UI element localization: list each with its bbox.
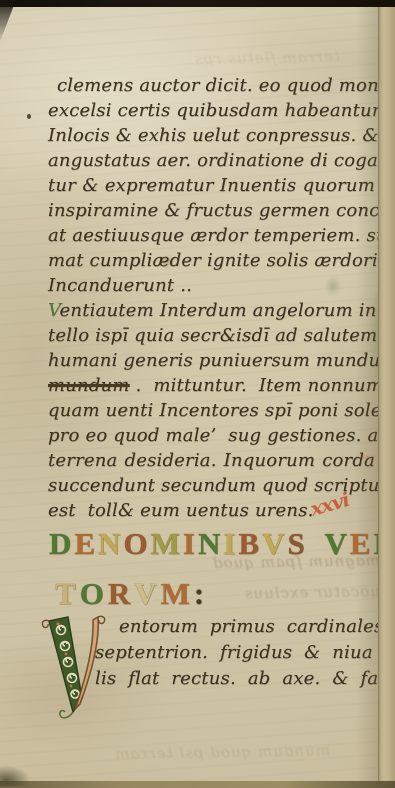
text-line: septentrion. frigidus & niua [95, 640, 380, 666]
text-line: tur & exprematur Inuentis quorum [48, 173, 375, 198]
struck-word: mundum [48, 375, 130, 396]
rubric-letter: I [183, 526, 198, 562]
rubric-letter: R [108, 576, 134, 612]
text-line: at aestiuusque ærdor temperiem. su [48, 223, 375, 248]
rubric-letter: O [80, 576, 108, 612]
text-segment: humani generis puniuersum mundum [48, 350, 395, 371]
text-line: mat cumpliæder ignite solis ærdoribus [48, 248, 375, 273]
text-segment: Incanduerunt .. [48, 275, 192, 296]
text-segment: tur & exprematur Inuentis quorum [48, 175, 375, 196]
main-text-block: clemens auctor dicit. eo quod montesexce… [48, 73, 375, 523]
rubric-letter: N [98, 526, 123, 562]
text-line: Incanduerunt .. [48, 273, 375, 298]
text-line: Ventiautem Interdum angelorum in [48, 298, 375, 323]
paragraph-1: clemens auctor dicit. eo quod montesexce… [48, 73, 375, 298]
page-bottomleft-corner [0, 766, 30, 786]
text-segment: clemens auctor dicit. eo quod montes [57, 75, 395, 96]
showthrough-text: mundum quod psl terram [30, 741, 330, 764]
page-fold-shadow [355, 0, 378, 788]
text-line: quam uenti Incentores spī poni solem [48, 398, 375, 423]
text-segment: . mittuntur. Item nonnum [130, 375, 383, 396]
rubric-letter: E [74, 526, 98, 562]
text-line: inspiramine & fructus germen concipi [48, 198, 375, 223]
text-segment: entiautem Interdum angelorum in [60, 300, 377, 321]
rubric-letter: T [55, 576, 80, 612]
text-line: terrena desideria. Inquorum corda [48, 448, 375, 473]
text-line: pro eo quod male’ sug gestiones. ad [48, 423, 375, 448]
text-segment: inspiramine & fructus germen concipi [48, 200, 395, 221]
text-line: mundum . mittuntur. Item nonnum [48, 373, 375, 398]
rubric-letter: D [49, 526, 74, 562]
text-line: excelsi certis quibusdam habeantur [48, 98, 375, 123]
text-segment: excelsi certis quibusdam habeantur [48, 100, 381, 121]
text-segment: Inlocis & exhis uelut conpressus. & co [48, 125, 395, 146]
text-line: lis flat rectus. ab axe. & faci [95, 666, 380, 692]
rubric-letter: O [123, 526, 150, 562]
manuscript-page: magnum ſpam quod uocatur excluus mundum … [0, 0, 395, 788]
rubric-letter: V [324, 526, 349, 562]
text-line: tello ispī quia secr&isdī ad salutem [48, 323, 375, 348]
page-right-edge [378, 0, 395, 788]
text-segment: septentrion. frigidus & niua [95, 642, 373, 663]
rubric-letter: M [161, 576, 194, 612]
text-segment: lis flat rectus. ab axe. & faci [95, 668, 395, 689]
text-line: humani generis puniuersum mundum [48, 348, 375, 373]
rubric-letter: : [194, 576, 208, 612]
text-segment: at aestiuusque ærdor temperiem. su [48, 225, 388, 246]
page-bottom-edge [0, 781, 395, 788]
text-segment: quam uenti Incentores spī poni solem [48, 400, 395, 421]
rubric-letter: I [223, 526, 238, 562]
text-line: angustatus aer. ordinatione di coga [48, 148, 375, 173]
rubric-letter: V [134, 576, 160, 612]
initial-topleft-curl [42, 620, 49, 627]
paragraph-2: Ventiautem Interdum angelorum intello is… [48, 298, 375, 523]
rubric-letter: N [198, 526, 223, 562]
text-segment: mat cumpliæder ignite solis ærdoribus [48, 250, 395, 271]
text-segment: pro eo quod male’ sug gestiones. ad [48, 425, 390, 446]
text-segment: tello ispī quia secr&isdī ad salutem [48, 325, 377, 346]
rubric-letter: V [262, 526, 287, 562]
text-line: entorum primus cardinales [95, 614, 380, 640]
text-segment: angustatus aer. ordinatione di coga [48, 150, 378, 171]
rubric-heading-line2: TORVM: [55, 576, 208, 612]
initial-tail-curl [60, 711, 73, 718]
ink-speck [27, 114, 31, 119]
rubric-letter: S [287, 526, 307, 562]
rubric-heading-line1: DENOMINIBVS VEN [49, 526, 375, 562]
showthrough-text: terram flatus rps [60, 48, 340, 71]
page-top-edge [0, 0, 395, 7]
rubric-letter [308, 526, 325, 562]
text-segment: terrena desideria. Inquorum corda [48, 450, 375, 471]
text-segment: est toll& eum uentus urens. [48, 500, 314, 521]
rubric-letter: B [238, 526, 262, 562]
text-line: Inlocis & exhis uelut conpressus. & co [48, 123, 375, 148]
text-segment: entorum primus cardinales [119, 616, 383, 637]
text-segment: V [48, 300, 60, 321]
text-line: clemens auctor dicit. eo quod montes [48, 73, 375, 98]
rubric-letter: M [151, 526, 183, 562]
paragraph-3: entorum primus cardinalesseptentrion. fr… [95, 614, 380, 692]
